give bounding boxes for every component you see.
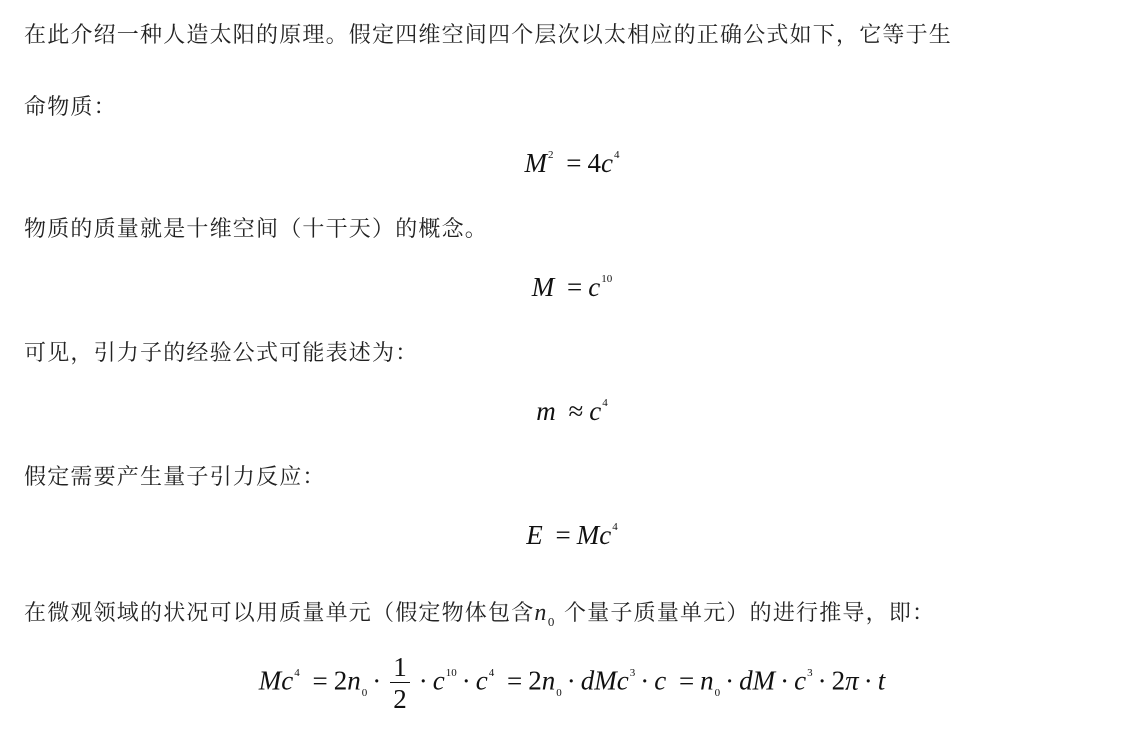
eq-var: n [700, 666, 714, 696]
eq-var: n [347, 666, 361, 696]
eq-var: c [599, 520, 611, 550]
eq-var: c [588, 272, 600, 302]
eq-var: c [476, 666, 488, 696]
paragraph-text: 在微观领域的状况可以用质量单元（假定物体包含 [24, 601, 534, 626]
eq-coefficient: 4 [588, 148, 602, 178]
eq-dot: · [780, 666, 789, 696]
eq-operator: ≈ [568, 396, 583, 426]
inline-var-n: n [534, 600, 547, 626]
inline-subscript: 0 [548, 616, 556, 629]
eq-coefficient: 2 [334, 666, 348, 696]
equation-energy: E =Mc4 [0, 520, 1144, 551]
paragraph-mass-concept: 物质的质量就是十维空间（十干天）的概念。 [24, 212, 488, 243]
eq-exponent: 3 [630, 667, 636, 679]
eq-dot: · [864, 666, 873, 696]
eq-exponent: 4 [614, 149, 620, 161]
eq-exponent: 4 [612, 521, 618, 533]
eq-fraction: 12 [390, 652, 410, 715]
eq-var: c [617, 666, 629, 696]
eq-subscript: 0 [362, 687, 368, 699]
eq-exponent: 2 [548, 149, 554, 161]
equation-graviton: m ≈c4 [0, 396, 1144, 427]
eq-dot: · [567, 666, 576, 696]
eq-exponent: 3 [807, 667, 813, 679]
eq-var: m [536, 396, 556, 426]
eq-operator: = [556, 520, 571, 550]
eq-var: E [526, 520, 543, 550]
paragraph-graviton: 可见，引力子的经验公式可能表述为： [24, 336, 418, 367]
eq-var: M [525, 148, 548, 178]
eq-exponent: 10 [601, 273, 612, 285]
fraction-numerator: 1 [390, 652, 410, 683]
eq-var: dM [739, 666, 775, 696]
equation-m-c10: M =c10 [0, 272, 1144, 303]
paragraph-quantum-gravity: 假定需要产生量子引力反应： [24, 460, 326, 491]
eq-dot: · [725, 666, 734, 696]
eq-exponent: 4 [294, 667, 300, 679]
eq-var: c [601, 148, 613, 178]
eq-operator: = [566, 148, 581, 178]
eq-exponent: 10 [446, 667, 457, 679]
eq-dot: · [818, 666, 827, 696]
eq-exponent: 4 [602, 397, 608, 409]
eq-subscript: 0 [715, 687, 721, 699]
eq-dot: · [419, 666, 428, 696]
eq-var: c [654, 666, 666, 696]
eq-var: M [259, 666, 282, 696]
paragraph-intro-line2: 命物质： [24, 90, 117, 121]
equation-m-squared: M2 =4c4 [0, 148, 1144, 179]
eq-dot: · [640, 666, 649, 696]
eq-subscript: 0 [556, 687, 562, 699]
eq-var: c [589, 396, 601, 426]
eq-var: π [845, 666, 859, 696]
eq-operator: = [567, 272, 582, 302]
equation-derivation: Mc4 =2n0·12·c10·c4 =2n0·dMc3·c =n0·dM·c3… [0, 652, 1144, 715]
eq-operator: = [313, 666, 328, 696]
eq-dot: · [462, 666, 471, 696]
eq-var: c [794, 666, 806, 696]
eq-exponent: 4 [489, 667, 495, 679]
eq-var: t [878, 666, 886, 696]
eq-dot: · [372, 666, 381, 696]
paragraph-micro-derivation: 在微观领域的状况可以用质量单元（假定物体包含n0 个量子质量单元）的进行推导，即… [24, 596, 935, 629]
eq-var: c [433, 666, 445, 696]
fraction-denominator: 2 [390, 683, 410, 715]
eq-var: M [532, 272, 555, 302]
eq-coefficient: 2 [832, 666, 846, 696]
paragraph-text: 个量子质量单元）的进行推导，即： [564, 601, 935, 626]
eq-var: M [577, 520, 600, 550]
eq-coefficient: 2 [528, 666, 542, 696]
eq-var: n [542, 666, 556, 696]
eq-operator: = [507, 666, 522, 696]
eq-operator: = [679, 666, 694, 696]
eq-var: c [281, 666, 293, 696]
paragraph-intro-line1: 在此介绍一种人造太阳的原理。假定四维空间四个层次以太相应的正确公式如下，它等于生 [24, 18, 952, 49]
eq-var: dM [581, 666, 617, 696]
